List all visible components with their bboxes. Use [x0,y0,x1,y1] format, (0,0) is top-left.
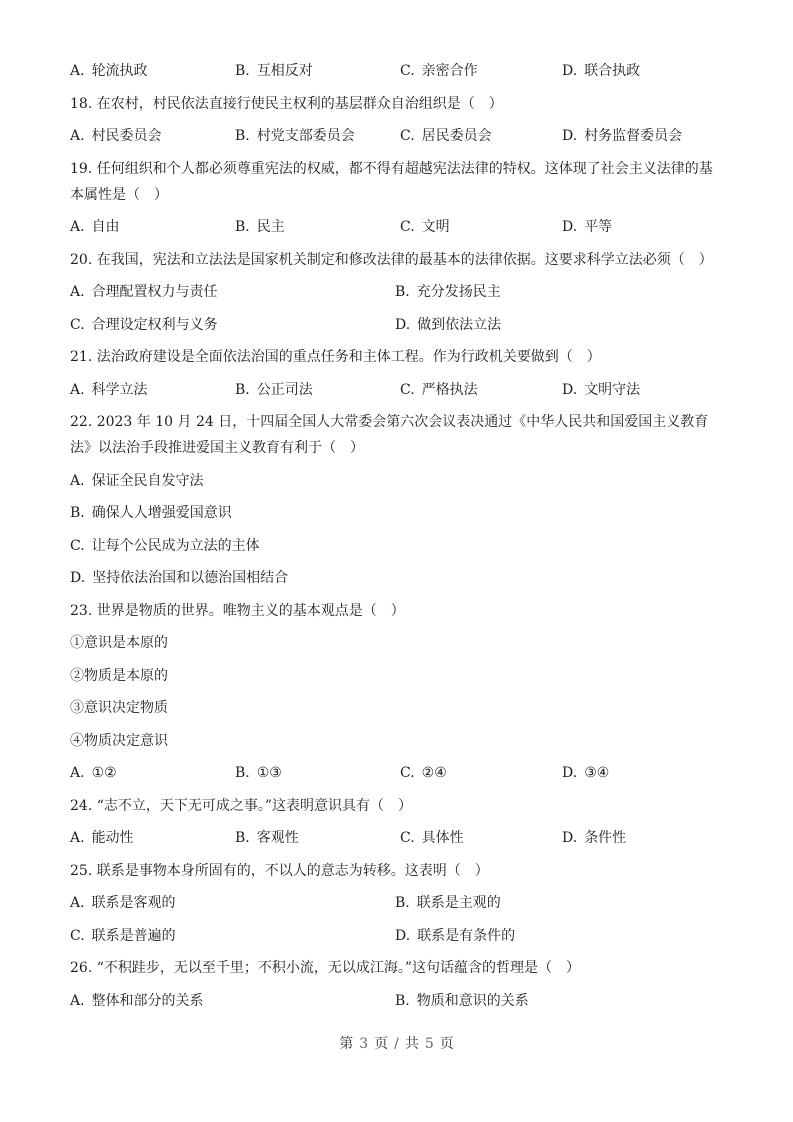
question-22-option-c: C.让每个公民成为立法的主体 [70,533,726,559]
option-text: ②④ [422,765,447,781]
option-a: A.能动性 [70,825,134,851]
question-23-options-row: A.①② B.①③ C.②④ D.③④ [70,760,726,786]
option-text: 充分发扬民主 [417,284,501,300]
option-text: ①② [92,765,117,781]
question-17-options-row: A.轮流执政 B.互相反对 C.亲密合作 D.联合执政 [70,58,726,84]
option-b: B.公正司法 [235,377,313,403]
option-label: D. [70,570,85,586]
option-text: ③④ [584,765,609,781]
option-text: 联系是普遍的 [92,928,176,944]
option-label: C. [400,830,415,846]
option-label: A. [70,830,85,846]
option-text: 确保人人增强爱国意识 [92,505,232,521]
option-b: B.村党支部委员会 [235,123,355,149]
option-label: B. [235,63,250,79]
option-c: C.合理设定权利与义务 [70,312,218,338]
option-label: A. [70,895,85,911]
option-label: A. [70,382,85,398]
option-a: A.轮流执政 [70,58,148,84]
option-text: 联系是主观的 [417,895,501,911]
option-b: B.互相反对 [235,58,313,84]
option-d: D.文明守法 [562,377,640,403]
question-20-options-row-cd: C.合理设定权利与义务 D.做到依法立法 [70,312,726,338]
option-text: 公正司法 [257,382,313,398]
option-text: 居民委员会 [422,128,492,144]
option-text: 客观性 [257,830,299,846]
question-22-option-a: A.保证全民自发守法 [70,468,726,494]
footer-label: 第 [339,1036,353,1052]
option-label: A. [70,63,85,79]
option-label: A. [70,128,85,144]
question-21-options-row: A.科学立法 B.公正司法 C.严格执法 D.文明守法 [70,377,726,403]
option-text: 合理设定权利与义务 [92,317,218,333]
option-a: A.联系是客观的 [70,890,176,916]
option-b: B.①③ [235,760,282,786]
option-text: 村民委员会 [92,128,162,144]
footer-label: 页 [374,1036,388,1052]
option-text: 坚持依法治国和以德治国相结合 [92,570,288,586]
option-label: B. [235,765,250,781]
option-d: D.村务监督委员会 [562,123,682,149]
total-page-number: 5 [425,1036,434,1052]
option-label: B. [235,830,250,846]
question-26-options-row-ab: A.整体和部分的关系 B.物质和意识的关系 [70,988,726,1014]
option-b: B.物质和意识的关系 [395,988,529,1014]
option-text: 互相反对 [257,63,313,79]
option-b: B.联系是主观的 [395,890,501,916]
page-footer: 第3页/共5页 [0,1034,793,1054]
question-25-stem: 25. 联系是事物本身所固有的，不以人的意志为转移。这表明（ ） [70,858,726,884]
option-c: C.文明 [400,214,450,240]
option-label: C. [70,317,85,333]
option-c: C.亲密合作 [400,58,478,84]
question-25-options-row-cd: C.联系是普遍的 D.联系是有条件的 [70,923,726,949]
option-b: B.客观性 [235,825,299,851]
option-text: 保证全民自发守法 [92,473,204,489]
exam-content: A.轮流执政 B.互相反对 C.亲密合作 D.联合执政 18. 在农村，村民依法… [70,58,726,1020]
option-b: B.民主 [235,214,285,240]
option-label: C. [70,538,85,554]
question-20-stem: 20. 在我国，宪法和立法法是国家机关制定和修改法律的最基本的法律依据。这要求科… [70,247,726,273]
option-label: D. [562,765,577,781]
option-text: 科学立法 [92,382,148,398]
option-text: 做到依法立法 [417,317,501,333]
option-label: C. [400,382,415,398]
option-a: A.合理配置权力与责任 [70,279,218,305]
option-label: B. [395,993,410,1009]
question-26-stem: 26. “不积跬步，无以至千里；不积小流，无以成江海。”这句话蕴含的哲理是（ ） [70,955,726,981]
option-text: 物质和意识的关系 [417,993,529,1009]
option-label: A. [70,219,85,235]
option-d: D.平等 [562,214,612,240]
question-22-option-d: D.坚持依法治国和以德治国相结合 [70,565,726,591]
option-label: D. [562,382,577,398]
option-text: 让每个公民成为立法的主体 [92,538,260,554]
option-text: 轮流执政 [92,63,148,79]
option-label: A. [70,284,85,300]
option-text: 亲密合作 [422,63,478,79]
question-23-statement-2: ②物质是本原的 [70,663,726,689]
option-text: 文明守法 [584,382,640,398]
option-label: B. [395,284,410,300]
option-label: D. [562,830,577,846]
option-label: B. [70,505,85,521]
option-label: B. [235,219,250,235]
question-24-stem: 24. “志不立，天下无可成之事。”这表明意识具有（ ） [70,793,726,819]
option-label: C. [400,765,415,781]
footer-label: 页 [440,1036,454,1052]
option-a: A.整体和部分的关系 [70,988,204,1014]
question-20-options-row-ab: A.合理配置权力与责任 B.充分发扬民主 [70,279,726,305]
footer-label: 共 [405,1036,419,1052]
option-label: A. [70,993,85,1009]
option-d: D.条件性 [562,825,626,851]
option-text: 村务监督委员会 [584,128,682,144]
option-text: 具体性 [422,830,464,846]
page-separator: / [394,1036,399,1052]
current-page-number: 3 [359,1036,368,1052]
option-d: D.联系是有条件的 [395,923,515,949]
exam-page: A.轮流执政 B.互相反对 C.亲密合作 D.联合执政 18. 在农村，村民依法… [0,0,793,1122]
option-text: 平等 [584,219,612,235]
option-a: A.科学立法 [70,377,148,403]
question-22-stem: 22. 2023 年 10 月 24 日，十四届全国人大常委会第六次会议表决通过… [70,409,726,461]
question-25-options-row-ab: A.联系是客观的 B.联系是主观的 [70,890,726,916]
option-text: 整体和部分的关系 [92,993,204,1009]
option-label: D. [562,63,577,79]
option-text: 能动性 [92,830,134,846]
option-text: 合理配置权力与责任 [92,284,218,300]
option-text: 联系是客观的 [92,895,176,911]
option-c: C.居民委员会 [400,123,492,149]
option-c: C.严格执法 [400,377,478,403]
option-d: D.联合执政 [562,58,640,84]
option-label: C. [400,128,415,144]
option-text: ①③ [257,765,282,781]
option-d: D.③④ [562,760,609,786]
option-label: C. [400,219,415,235]
question-18-options-row: A.村民委员会 B.村党支部委员会 C.居民委员会 D.村务监督委员会 [70,123,726,149]
option-label: C. [70,928,85,944]
option-label: A. [70,473,85,489]
question-23-statement-4: ④物质决定意识 [70,728,726,754]
question-23-statement-3: ③意识决定物质 [70,695,726,721]
option-d: D.做到依法立法 [395,312,501,338]
option-c: C.具体性 [400,825,464,851]
option-text: 村党支部委员会 [257,128,355,144]
option-label: D. [395,928,410,944]
option-label: C. [400,63,415,79]
question-23-stem: 23. 世界是物质的世界。唯物主义的基本观点是（ ） [70,598,726,624]
option-label: B. [395,895,410,911]
option-b: B.充分发扬民主 [395,279,501,305]
question-18-stem: 18. 在农村，村民依法直接行使民主权利的基层群众自治组织是（ ） [70,91,726,117]
option-a: A.村民委员会 [70,123,162,149]
option-c: C.②④ [400,760,447,786]
question-19-stem: 19. 任何组织和个人都必须尊重宪法的权威，都不得有超越宪法法律的特权。这体现了… [70,156,726,208]
option-text: 联合执政 [584,63,640,79]
option-text: 民主 [257,219,285,235]
option-c: C.联系是普遍的 [70,923,176,949]
option-a: A.自由 [70,214,120,240]
option-text: 条件性 [584,830,626,846]
option-text: 联系是有条件的 [417,928,515,944]
question-24-options-row: A.能动性 B.客观性 C.具体性 D.条件性 [70,825,726,851]
option-a: A.①② [70,760,117,786]
question-22-option-b: B.确保人人增强爱国意识 [70,500,726,526]
question-19-options-row: A.自由 B.民主 C.文明 D.平等 [70,214,726,240]
option-text: 文明 [422,219,450,235]
option-label: D. [562,128,577,144]
option-text: 严格执法 [422,382,478,398]
option-label: B. [235,128,250,144]
option-label: D. [395,317,410,333]
option-label: A. [70,765,85,781]
question-23-statement-1: ①意识是本原的 [70,630,726,656]
option-label: B. [235,382,250,398]
option-label: D. [562,219,577,235]
option-text: 自由 [92,219,120,235]
question-21-stem: 21. 法治政府建设是全面依法治国的重点任务和主体工程。作为行政机关要做到（ ） [70,344,726,370]
